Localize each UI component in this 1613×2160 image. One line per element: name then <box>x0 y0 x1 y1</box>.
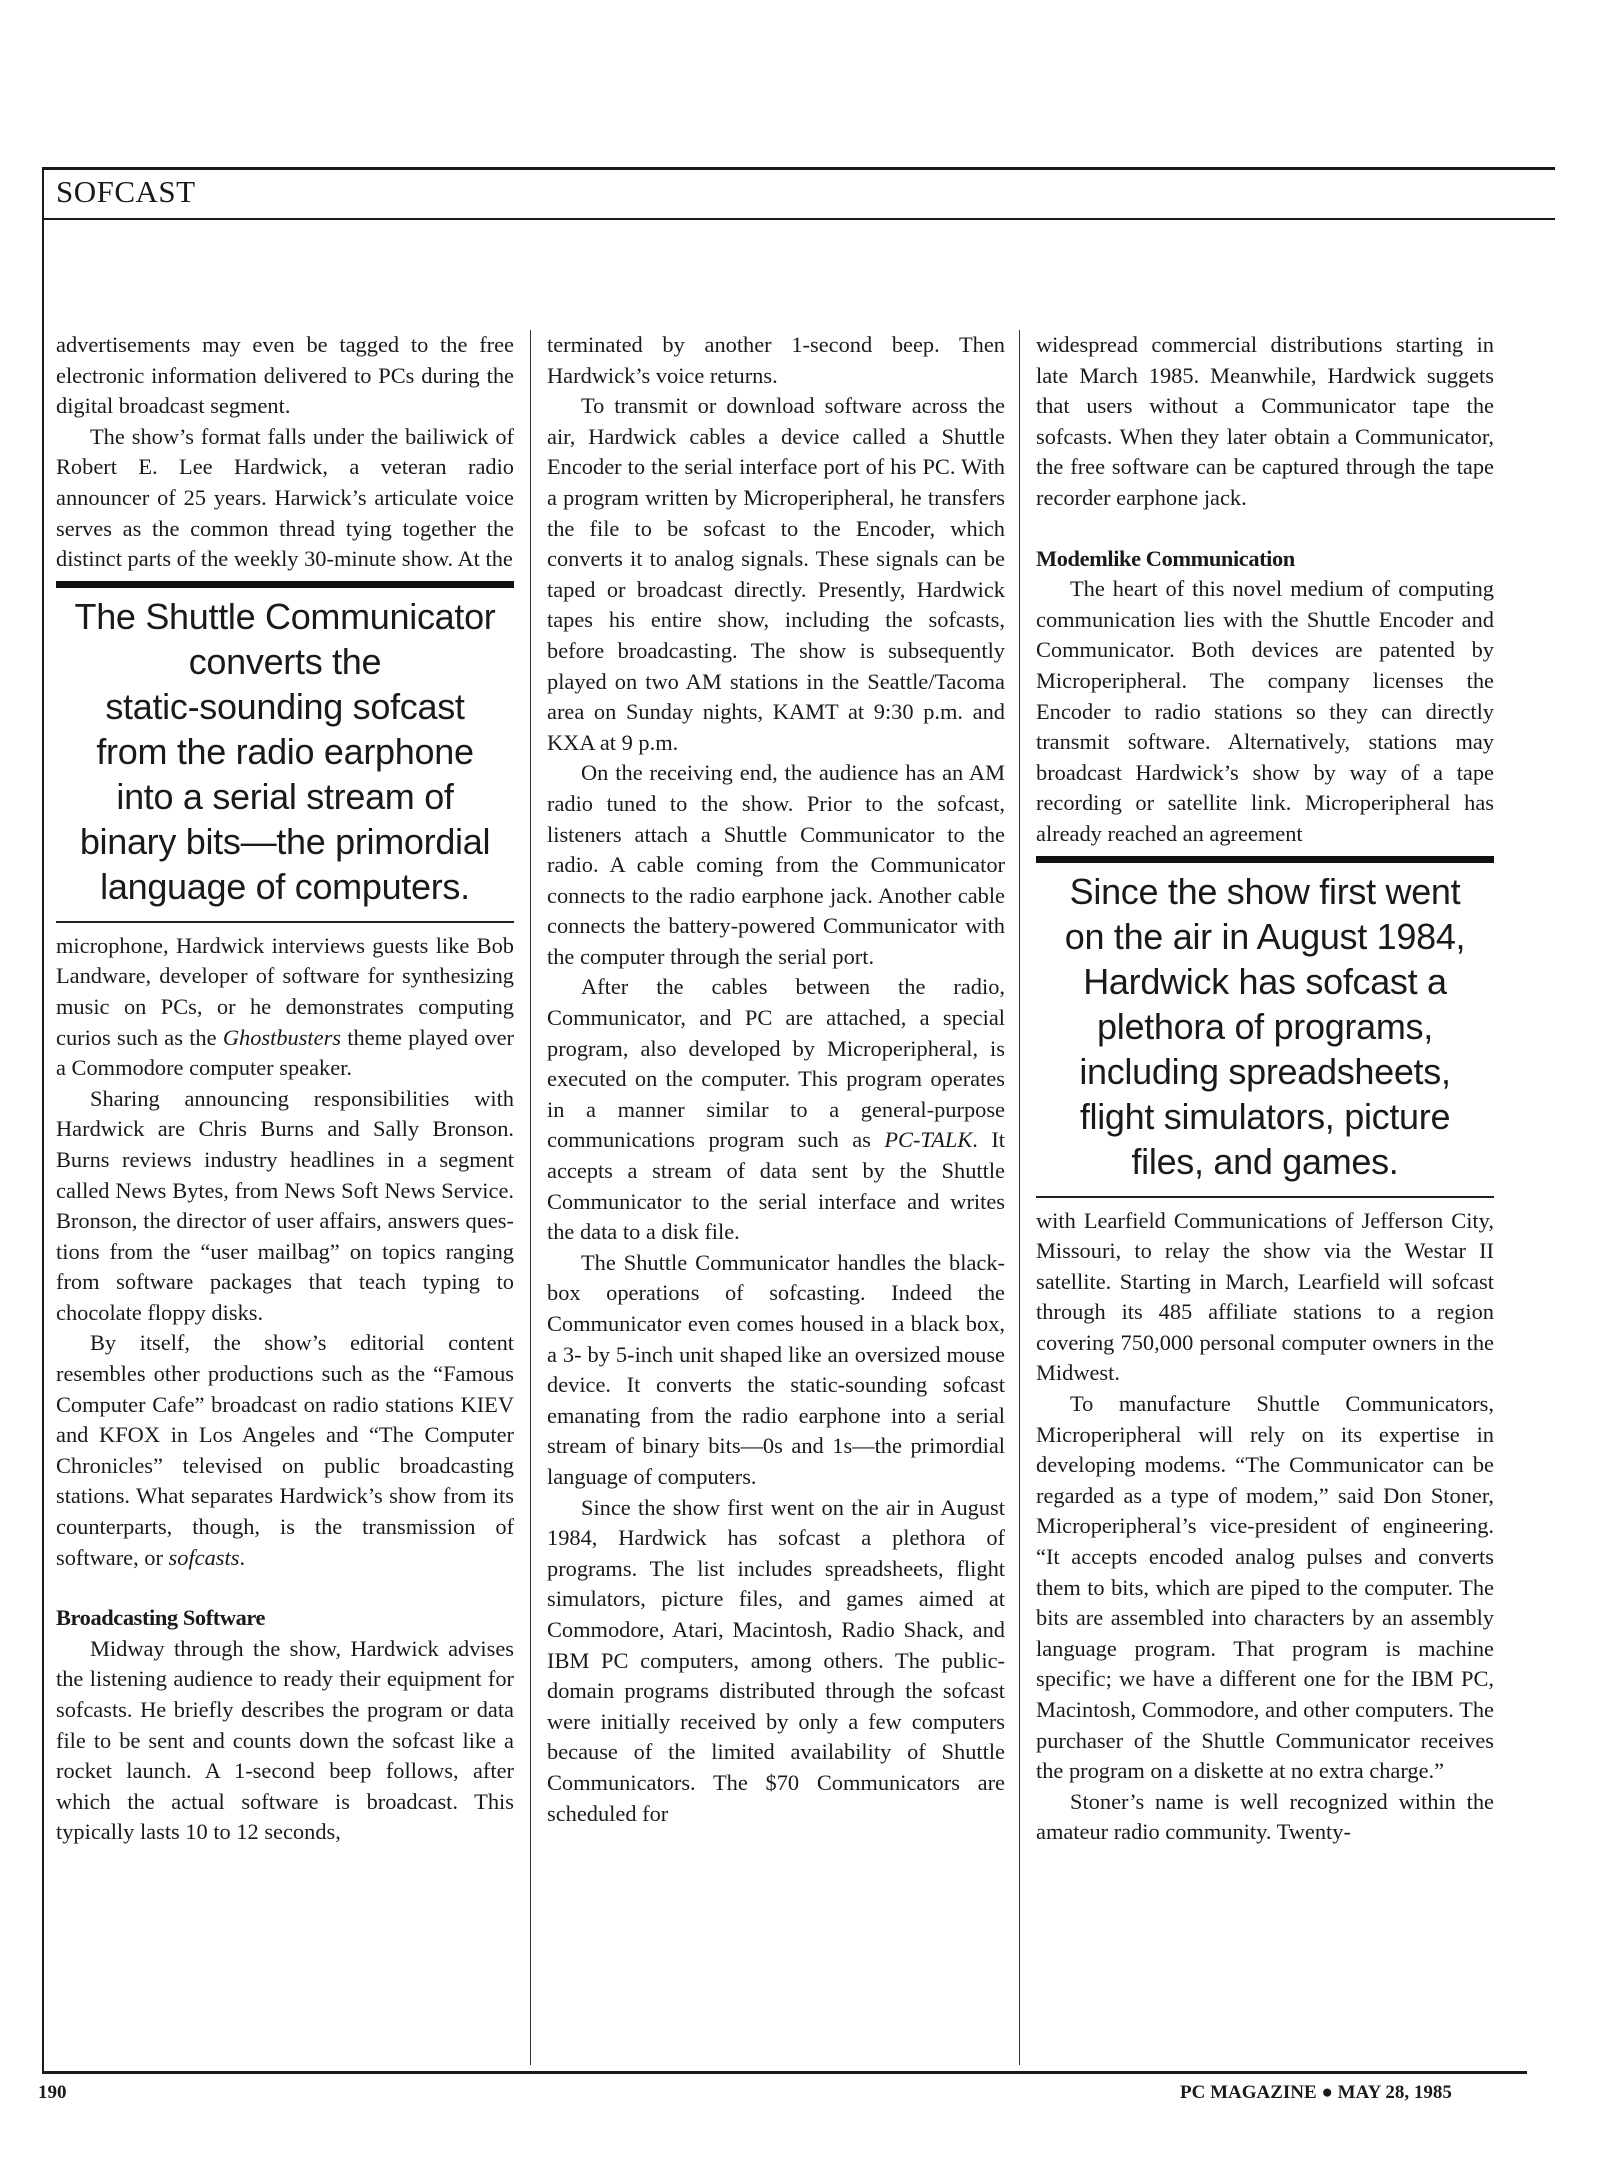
section-title: SOFCAST <box>56 174 196 210</box>
paragraph: On the receiving end, the audience has a… <box>547 758 1005 972</box>
pull-quote-line: Hardwick has sofcast a <box>1036 959 1494 1004</box>
text-run: By itself, the show’s editorial content … <box>56 1330 514 1569</box>
italic-term: sofcasts <box>169 1545 240 1570</box>
pull-quote-line: plethora of programs, <box>1036 1004 1494 1049</box>
paragraph: Since the show first went on the air in … <box>547 1493 1005 1830</box>
paragraph: Stoner’s name is well recognized with­in… <box>1036 1787 1494 1848</box>
pull-quote-line: on the air in August 1984, <box>1036 914 1494 959</box>
article-column-3: widespread commercial distributions star… <box>1036 330 1494 1848</box>
page-number: 190 <box>38 2082 67 2104</box>
pull-quote-line: converts the <box>56 639 514 684</box>
paragraph: with Learfield Communications of Jeffer­… <box>1036 1206 1494 1390</box>
header-rule <box>42 218 1555 220</box>
text-run: After the cables between the radio, Comm… <box>547 974 1005 1152</box>
pull-quote-line: The Shuttle Communicator <box>56 594 514 639</box>
paragraph: advertisements may even be tagged to the… <box>56 330 514 422</box>
pull-quote-line: from the radio earphone <box>56 729 514 774</box>
publication-dateline: PC MAGAZINE ● MAY 28, 1985 <box>1180 2082 1452 2104</box>
pull-quote-line: binary bits—the primordial <box>56 819 514 864</box>
paragraph: After the cables between the radio, Comm… <box>547 972 1005 1247</box>
paragraph: To transmit or download software across … <box>547 391 1005 758</box>
paragraph: To manufacture Shuttle Communica­tors, M… <box>1036 1389 1494 1787</box>
pull-quote-line: files, and games. <box>1036 1139 1494 1184</box>
paragraph: widespread commercial distributions star… <box>1036 330 1494 514</box>
paragraph: The heart of this novel medium of com­pu… <box>1036 574 1494 849</box>
pull-quote-line: including spreadsheets, <box>1036 1049 1494 1094</box>
subheading: Broadcasting Software <box>56 1603 514 1634</box>
pull-quote-line: static-sounding sofcast <box>56 684 514 729</box>
spacer <box>56 1573 514 1603</box>
italic-title: Ghostbusters <box>223 1025 341 1050</box>
article-column-2: terminated by another 1-second beep. The… <box>547 330 1005 1829</box>
column-divider <box>530 330 531 2065</box>
pull-quote-line: flight simulators, picture <box>1036 1094 1494 1139</box>
paragraph: microphone, Hardwick interviews guests l… <box>56 931 514 1084</box>
text-run: . <box>239 1545 245 1570</box>
pull-quote-line: into a serial stream of <box>56 774 514 819</box>
subheading: Modemlike Communication <box>1036 544 1494 575</box>
paragraph: By itself, the show’s editorial content … <box>56 1328 514 1573</box>
paragraph: Midway through the show, Hardwick advise… <box>56 1634 514 1848</box>
column-divider <box>1019 330 1020 2065</box>
bottom-rule <box>42 2071 1527 2074</box>
pull-quote: The Shuttle Communicator converts the st… <box>56 581 514 923</box>
pull-quote: Since the show first went on the air in … <box>1036 856 1494 1198</box>
article-column-1: advertisements may even be tagged to the… <box>56 330 514 1848</box>
paragraph: The show’s format falls under the bai­li… <box>56 422 514 575</box>
paragraph: Sharing announcing responsibilities with… <box>56 1084 514 1329</box>
paragraph: The Shuttle Communicator handles the bla… <box>547 1248 1005 1493</box>
top-rule <box>42 167 1555 170</box>
paragraph: terminated by another 1-second beep. The… <box>547 330 1005 391</box>
magazine-page: SOFCAST advertisements may even be tagge… <box>0 0 1613 2160</box>
pull-quote-line: language of computers. <box>56 864 514 909</box>
italic-title: PC-TALK <box>884 1127 972 1152</box>
spacer <box>1036 514 1494 544</box>
left-rule <box>42 167 44 2072</box>
pull-quote-line: Since the show first went <box>1036 869 1494 914</box>
